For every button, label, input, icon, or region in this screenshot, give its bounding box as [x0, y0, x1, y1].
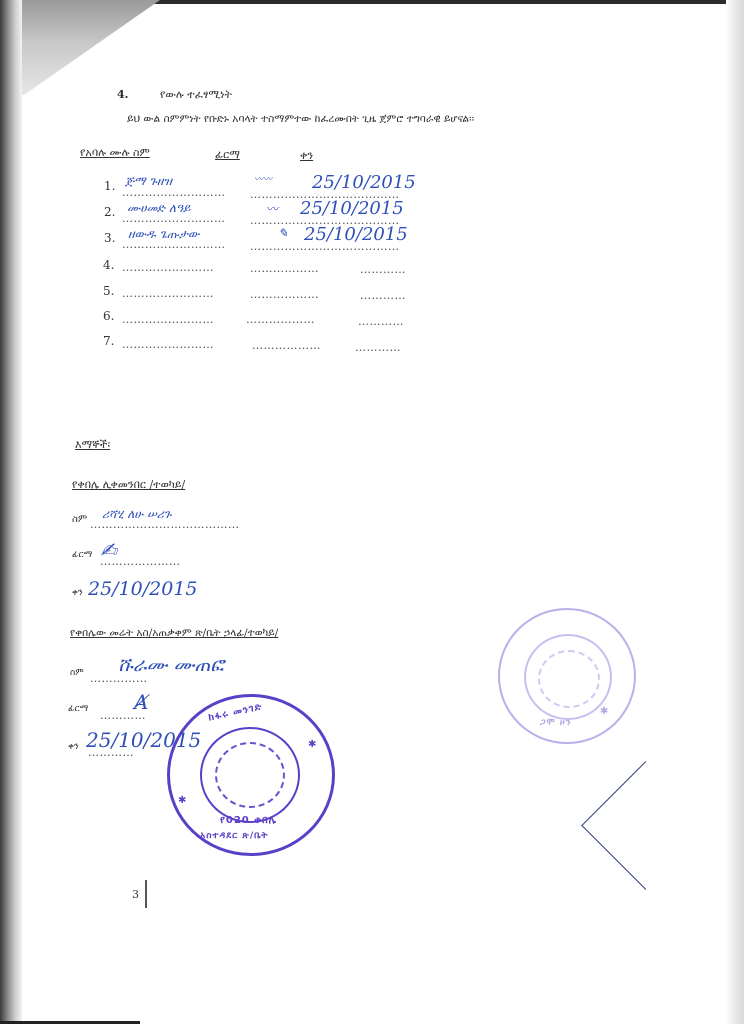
receiver-name-value: ሪሻሂ ለሁ ሠሪጉ	[102, 507, 171, 522]
signature-blank: ………………	[246, 313, 315, 326]
receiver-date-label: ቀን	[72, 588, 83, 598]
office-name-value: ሹራሙ ሙጠፎ	[118, 654, 224, 676]
date-blank: …………	[358, 315, 404, 328]
member-signature: 〰〰	[254, 172, 272, 185]
office-signature-label: ፊርማ	[68, 704, 88, 714]
column-header-signature: ፊርማ	[215, 148, 240, 162]
stamp-bottom-text-2: አስተዳደር ጽ/ቤት	[200, 831, 268, 841]
faint-stamp-text: ጋሞ ዞን	[540, 718, 572, 728]
date-blank: …………	[360, 263, 406, 276]
page-number: 3	[132, 888, 139, 901]
name-underline: ………………………	[122, 238, 226, 251]
receiver-signature-scribble: ✍︎	[100, 538, 117, 562]
column-header-name: የአባሉ ሙሉ ስም	[80, 146, 150, 160]
faint-stamp: ጋሞ ዞን ✱	[498, 608, 636, 744]
office-date-label: ቀን	[68, 742, 79, 752]
section-title: የውሉ ተፈፃሚነት	[160, 88, 232, 102]
row-index: 2.	[104, 205, 115, 219]
date-blank: …………	[360, 289, 406, 302]
member-date: 25/10/2015	[304, 224, 408, 245]
stamp-top-text: ከፋሩ መንገድ	[207, 701, 263, 723]
scanner-right-edge	[726, 0, 744, 1024]
receiver-date-value: 25/10/2015	[88, 578, 198, 600]
name-blank: ……………………	[122, 338, 214, 351]
stamp-bottom-text: የ020 ቀበሌ	[220, 815, 277, 826]
folded-page-corner	[0, 0, 160, 95]
member-date: 25/10/2015	[300, 198, 404, 219]
office-heading: የቀበሌው መሬት አስ/አጠቃቀም ጽ/ቤት ኃላፊ/ተወካይ/	[70, 627, 278, 640]
section-number: 4.	[117, 88, 128, 101]
page-number-rule	[145, 880, 147, 908]
star-icon: ✱	[178, 795, 187, 806]
section-body: ይህ ውል ስምምነት የቡድኑ አባላት ተስማምተው ከፈረሙበት ጊዜ ጀ…	[127, 113, 474, 126]
row-index: 5.	[103, 284, 114, 298]
office-name-label: ስም	[70, 668, 84, 678]
star-icon: ✱	[308, 739, 317, 750]
pen-mark	[581, 761, 710, 890]
name-underline: ………………………	[122, 186, 226, 199]
receiver-name-label: ስም	[72, 514, 87, 525]
receiver-heading: የቀበሌ ሊቀመንበር /ተወካይ/	[72, 478, 185, 492]
row-index: 4.	[103, 258, 114, 272]
signature-blank: ………………	[250, 288, 319, 301]
scanner-left-edge	[0, 0, 22, 1024]
official-stamp: ከፋሩ መንገድ የ020 ቀበሌ አስተዳደር ጽ/ቤት ✱ ✱	[167, 694, 335, 856]
date-blank: …………	[355, 341, 401, 354]
column-header-date: ቀን	[300, 149, 313, 163]
row-index: 3.	[104, 231, 115, 245]
office-signature-scribble: Ⱥ	[134, 690, 148, 714]
row-index: 1.	[104, 179, 115, 193]
name-blank: ……………………	[122, 313, 214, 326]
name-blank: ……………………	[122, 261, 214, 274]
receiver-signature-label: ፊርማ	[72, 550, 92, 560]
witnesses-heading: እማኞች፡	[75, 438, 110, 452]
star-icon: ✱	[600, 706, 609, 717]
row-index: 7.	[103, 334, 114, 348]
row-index: 6.	[103, 309, 114, 323]
member-signature: ✎	[278, 226, 288, 240]
signature-blank: ………………	[250, 262, 319, 275]
member-date: 25/10/2015	[312, 172, 416, 193]
signature-blank: ………………	[252, 339, 321, 352]
name-blank: ……………………	[122, 287, 214, 300]
name-underline: ………………………	[122, 212, 226, 225]
